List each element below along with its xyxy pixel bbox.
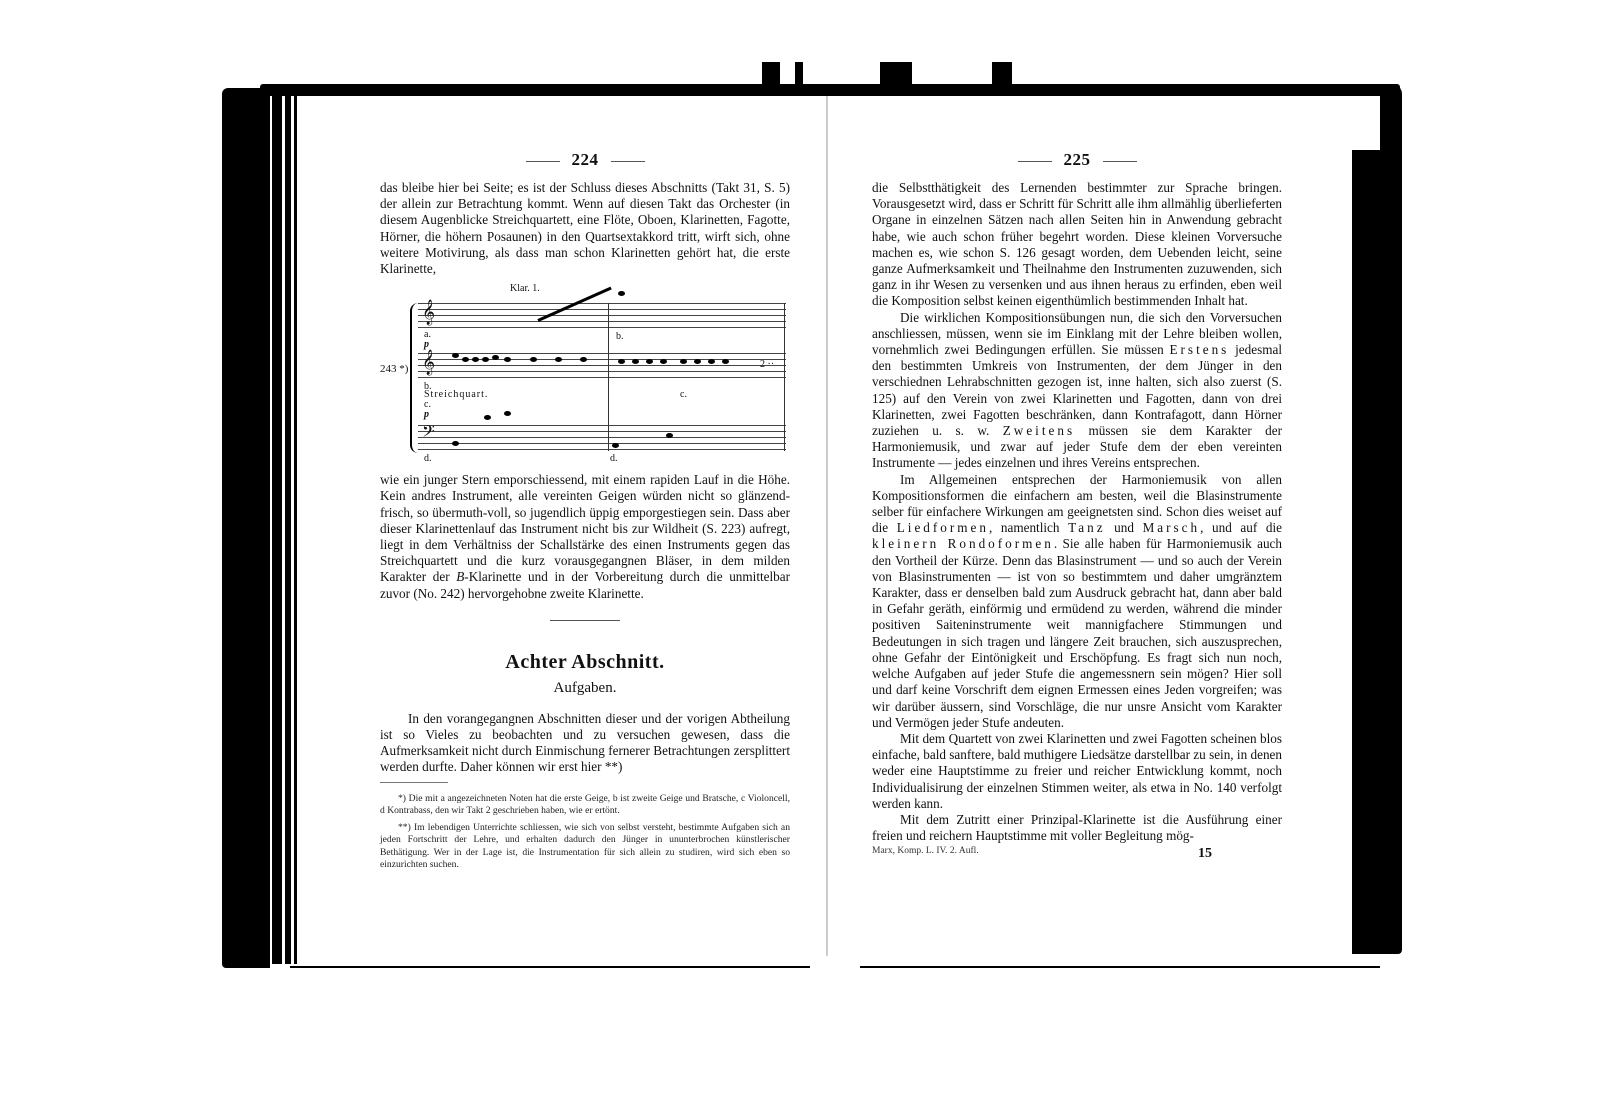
staff-bass [418,425,786,449]
book-gutter [826,96,828,956]
left-page: 224 das bleibe hier bei Seite; es ist de… [380,150,790,876]
instrument-label: Streichquart. [424,389,488,400]
page-number: 224 [380,150,790,180]
footnote: *) Die mit a angezeichneten Noten hat di… [380,793,790,818]
paragraph: wie ein junger Stern emporschiessend, mi… [380,472,790,602]
voice-label: c. [680,389,687,400]
signature-number: 15 [1198,846,1212,862]
scan-artifact [880,62,912,88]
page-stack-edge [1352,150,1380,954]
page-stack-edge [294,96,297,964]
example-number: 243 *) [380,363,408,375]
scan-artifact [795,62,803,90]
printer-signature: Marx, Komp. L. IV. 2. Aufl. [872,846,979,862]
continuation-mark: 2 ·· [760,359,774,370]
paragraph: Mit dem Zutritt einer Prinzipal-Klarinet… [872,812,1282,844]
signature-line: Marx, Komp. L. IV. 2. Aufl. 15 [872,846,1282,862]
body-text: die Selbstthätigkeit des Lernenden besti… [872,180,1282,844]
footnote: **) Im lebendigen Unterrichte schliessen… [380,822,790,872]
treble-clef-icon: 𝄞 [422,349,435,375]
dynamic-mark: p [424,409,429,420]
paragraph: Im Allgemeinen entsprechen der Harmoniem… [872,472,1282,731]
voice-label: d. [610,453,618,464]
treble-clef-icon: 𝄞 [422,299,435,325]
body-text: In den vorangegangnen Abschnitten dieser… [380,711,790,776]
paragraph: Mit dem Quartett von zwei Klarinetten un… [872,731,1282,812]
book-top-edge [260,84,1400,96]
paragraph: In den vorangegangnen Abschnitten dieser… [380,711,790,776]
page-stack-edge [272,96,282,964]
section-heading: Achter Abschnitt. [380,651,790,674]
book-left-cover-edge [222,88,270,968]
note [618,291,625,296]
staff-clarinet [418,303,786,327]
book-bottom-edge [860,966,1380,968]
instrument-label: Klar. 1. [510,283,540,294]
book-right-cover-edge [1380,84,1402,954]
section-subheading: Aufgaben. [380,680,790,697]
scan-artifact [992,62,1012,88]
page-number: 225 [872,150,1282,180]
music-example: 243 *) Klar. 1. 𝄞 a. b. p 𝄞 2 ·· b. c. S… [380,281,790,466]
right-page: 225 die Selbstthätigkeit des Lernenden b… [872,150,1282,862]
footnotes: *) Die mit a angezeichneten Noten hat di… [380,793,790,872]
footnote-rule [380,782,448,783]
voice-label: b. [616,331,624,342]
paragraph: die Selbstthätigkeit des Lernenden besti… [872,180,1282,310]
voice-label: d. [424,453,432,464]
bass-clef-icon: 𝄢 [422,423,435,446]
page-stack-edge [285,96,291,964]
section-divider [550,620,620,621]
body-text: das bleibe hier bei Seite; es ist der Sc… [380,180,790,277]
paragraph: das bleibe hier bei Seite; es ist der Sc… [380,180,790,277]
body-text: wie ein junger Stern emporschiessend, mi… [380,472,790,602]
scan-artifact [762,62,780,90]
book-bottom-edge [290,966,810,968]
paragraph: Die wirklichen Kompositionsübungen nun, … [872,310,1282,472]
